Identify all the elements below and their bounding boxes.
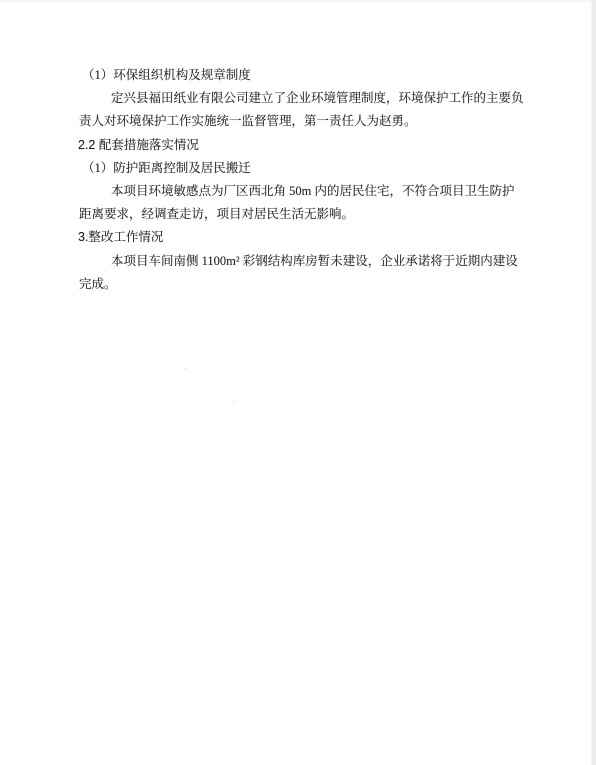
scan-edge-right [591,0,596,765]
paragraph-line: 责人对环境保护工作实施统一监督管理，第一责任人为赵勇。 [0,110,590,133]
scan-artifact [233,401,236,404]
scanned-document-page: （1）环保组织机构及规章制度 定兴县福田纸业有限公司建立了企业环境管理制度，环境… [0,0,596,765]
paragraph-line: 完成。 [0,273,590,296]
scan-artifact [184,367,187,370]
paragraph-line: 本项目车间南侧 1100m² 彩钢结构库房暂未建设，企业承诺将于近期内建设 [0,250,590,273]
section-heading-2-2: 2.2 配套措施落实情况 [0,134,590,157]
paragraph-line: 定兴县福田纸业有限公司建立了企业环境管理制度，环境保护工作的主要负 [0,87,590,110]
sub-heading-env-org: （1）环保组织机构及规章制度 [0,64,590,87]
scan-edge-top [0,0,596,2]
section-heading-3: 3.整改工作情况 [0,226,590,249]
sub-heading-protection-distance: （1）防护距离控制及居民搬迁 [0,157,590,180]
paragraph-line: 本项目环境敏感点为厂区西北角 50m 内的居民住宅，不符合项目卫生防护 [0,180,590,203]
paragraph-line: 距离要求，经调查走访，项目对居民生活无影响。 [0,203,590,226]
document-text-block: （1）环保组织机构及规章制度 定兴县福田纸业有限公司建立了企业环境管理制度，环境… [0,64,590,296]
